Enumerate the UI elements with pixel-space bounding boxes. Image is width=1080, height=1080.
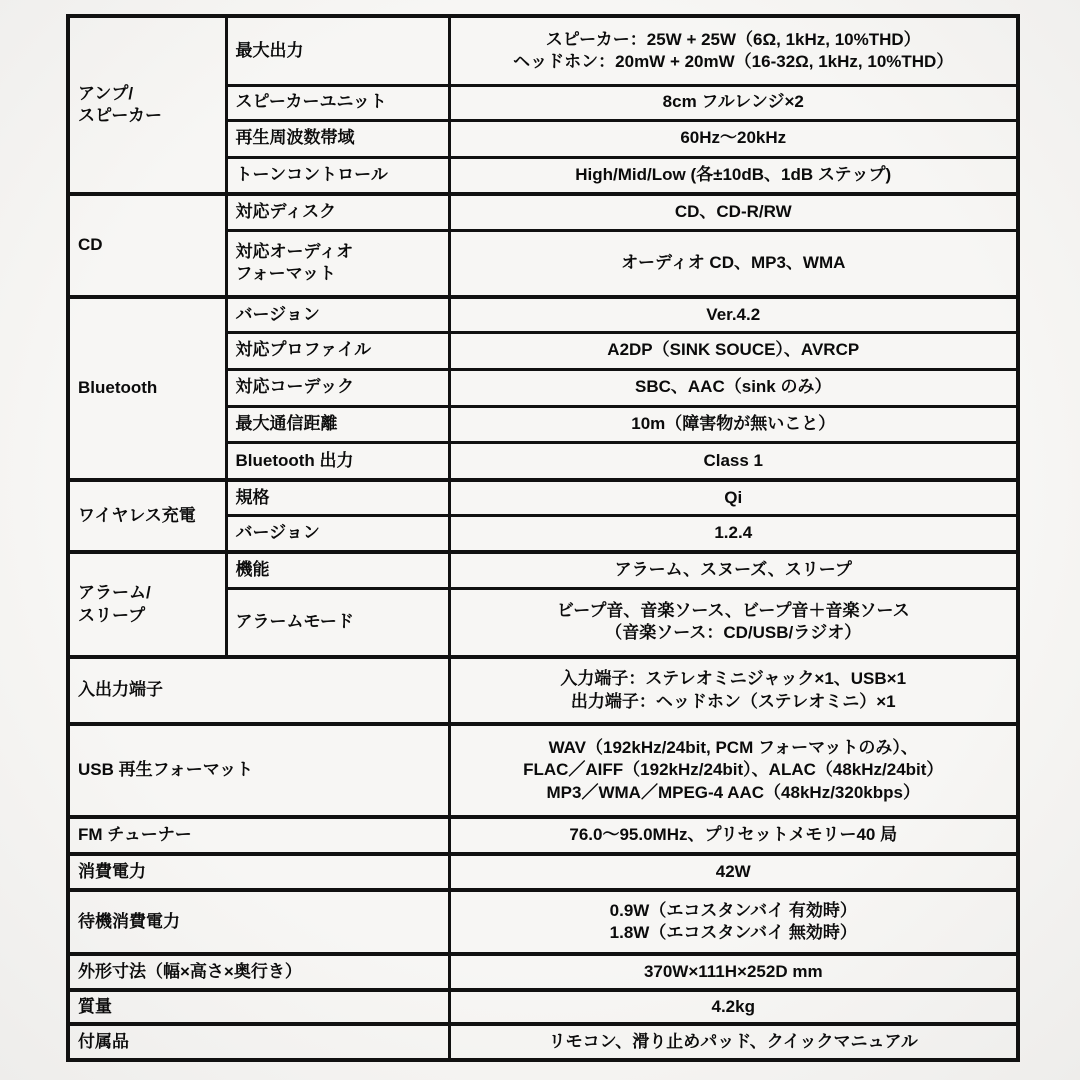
- spec-value: アラーム、スヌーズ、スリープ: [449, 552, 1018, 588]
- category-cell-cd: CD: [68, 194, 226, 297]
- spec-label: 最大出力: [226, 16, 449, 85]
- spec-label: USB 再生フォーマット: [68, 724, 449, 817]
- spec-value: 8cm フルレンジ×2: [449, 85, 1018, 120]
- spec-label: Bluetooth 出力: [226, 442, 449, 480]
- spec-label: 対応オーディオ フォーマット: [226, 230, 449, 297]
- spec-value: Ver.4.2: [449, 297, 1018, 332]
- spec-label: 待機消費電力: [68, 890, 449, 954]
- spec-label: トーンコントロール: [226, 157, 449, 194]
- spec-value: 0.9W（エコスタンバイ 有効時） 1.8W（エコスタンバイ 無効時）: [449, 890, 1018, 954]
- spec-value: SBC、AAC（sink のみ）: [449, 369, 1018, 406]
- category-cell-amp-speaker: アンプ/ スピーカー: [68, 16, 226, 194]
- spec-label: 消費電力: [68, 854, 449, 890]
- spec-label: 再生周波数帯域: [226, 120, 449, 157]
- category-cell-alarm-sleep: アラーム/ スリープ: [68, 552, 226, 657]
- spec-value: 42W: [449, 854, 1018, 890]
- spec-label: 対応プロファイル: [226, 332, 449, 369]
- category-cell-wireless-charge: ワイヤレス充電: [68, 480, 226, 552]
- spec-value: ビープ音、音楽ソース、ビープ音＋音楽ソース （音楽ソース：CD/USB/ラジオ）: [449, 588, 1018, 657]
- spec-table: アンプ/ スピーカー 最大出力 スピーカー：25W + 25W（6Ω, 1kHz…: [66, 14, 1020, 1062]
- spec-label: 対応ディスク: [226, 194, 449, 230]
- spec-label: FM チューナー: [68, 817, 449, 854]
- spec-value: 10m（障害物が無いこと）: [449, 406, 1018, 442]
- spec-value: CD、CD-R/RW: [449, 194, 1018, 230]
- spec-value: 76.0～95.0MHz、プリセットメモリー40 局: [449, 817, 1018, 854]
- spec-value: WAV（192kHz/24bit, PCM フォーマットのみ）、 FLAC／AI…: [449, 724, 1018, 817]
- spec-value: 1.2.4: [449, 515, 1018, 552]
- spec-value: 4.2kg: [449, 990, 1018, 1024]
- spec-label: 規格: [226, 480, 449, 515]
- spec-label: バージョン: [226, 515, 449, 552]
- spec-value: High/Mid/Low (各±10dB、1dB ステップ): [449, 157, 1018, 194]
- spec-value: オーディオ CD、MP3、WMA: [449, 230, 1018, 297]
- spec-label: 最大通信距離: [226, 406, 449, 442]
- spec-value: Qi: [449, 480, 1018, 515]
- spec-label: バージョン: [226, 297, 449, 332]
- spec-value: 370W×111H×252D mm: [449, 954, 1018, 990]
- spec-label: 対応コーデック: [226, 369, 449, 406]
- spec-label: 入出力端子: [68, 657, 449, 724]
- spec-value: リモコン、滑り止めパッド、クイックマニュアル: [449, 1024, 1018, 1060]
- spec-value: 60Hz～20kHz: [449, 120, 1018, 157]
- spec-label: アラームモード: [226, 588, 449, 657]
- spec-value: 入力端子：ステレオミニジャック×1、USB×1 出力端子：ヘッドホン（ステレオミ…: [449, 657, 1018, 724]
- category-cell-bluetooth: Bluetooth: [68, 297, 226, 480]
- spec-label: 付属品: [68, 1024, 449, 1060]
- spec-label: 外形寸法（幅×高さ×奥行き）: [68, 954, 449, 990]
- spec-value: スピーカー：25W + 25W（6Ω, 1kHz, 10%THD） ヘッドホン：…: [449, 16, 1018, 85]
- spec-label: 質量: [68, 990, 449, 1024]
- spec-label: スピーカーユニット: [226, 85, 449, 120]
- spec-label: 機能: [226, 552, 449, 588]
- spec-sheet-page: アンプ/ スピーカー 最大出力 スピーカー：25W + 25W（6Ω, 1kHz…: [0, 0, 1080, 1080]
- spec-value: Class 1: [449, 442, 1018, 480]
- spec-value: A2DP（SINK SOUCE）、AVRCP: [449, 332, 1018, 369]
